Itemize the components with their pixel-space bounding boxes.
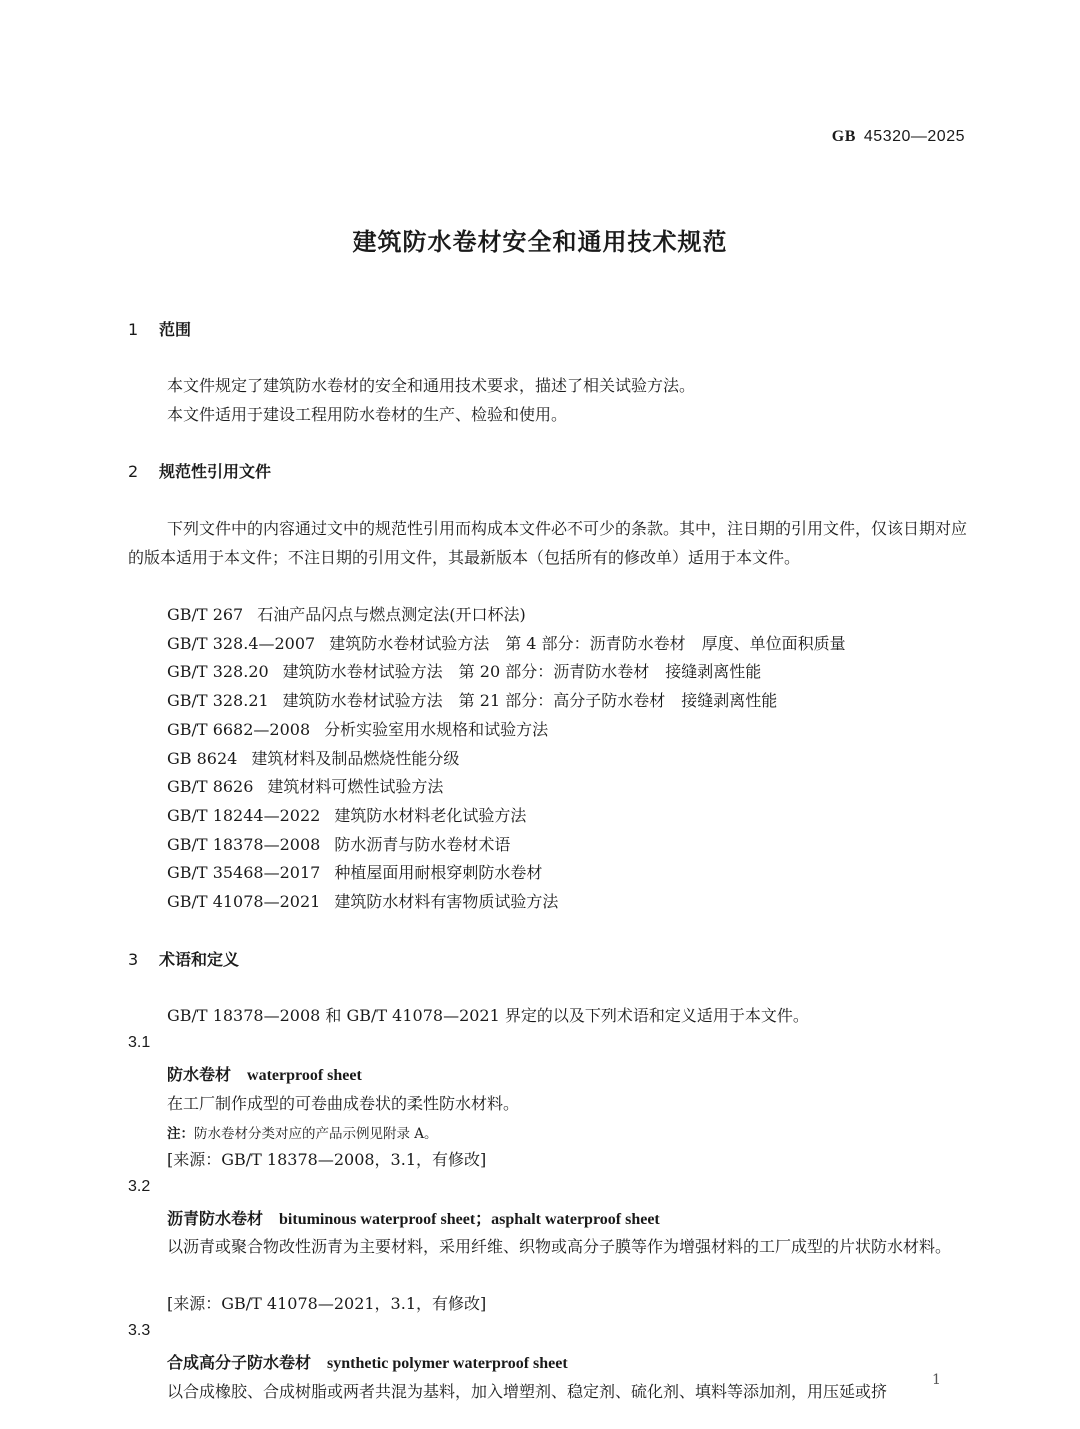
term-note: 注：防水卷材分类对应的产品示例见附录 A。 (167, 1122, 438, 1142)
reference-item: GB/T 6682—2008分析实验室用水规格和试验方法 (167, 717, 548, 740)
term-heading: 防水卷材waterproof sheet (167, 1062, 362, 1085)
term-definition: 以合成橡胶、合成树脂或两者共混为基料，加入增塑剂、稳定剂、硫化剂、填料等添加剂，… (167, 1379, 887, 1402)
reference-item: GB/T 267石油产品闪点与燃点测定法(开口杯法) (167, 602, 526, 625)
term-heading: 沥青防水卷材bituminous waterproof sheet；asphal… (167, 1206, 660, 1229)
reference-item: GB/T 18378—2008防水沥青与防水卷材术语 (167, 832, 510, 855)
term-heading: 合成高分子防水卷材synthetic polymer waterproof sh… (167, 1350, 568, 1373)
reference-item: GB 8624建筑材料及制品燃烧性能分级 (167, 746, 459, 769)
standard-prefix: GB (832, 128, 856, 145)
reference-item: GB/T 328.20建筑防水卷材试验方法 第 20 部分：沥青防水卷材 接缝剥… (167, 659, 761, 682)
reference-item: GB/T 41078—2021建筑防水材料有害物质试验方法 (167, 889, 558, 912)
reference-item: GB/T 328.4—2007建筑防水卷材试验方法 第 4 部分：沥青防水卷材 … (167, 631, 846, 654)
standard-number: GB45320—2025 (832, 128, 965, 146)
references-intro: 下列文件中的内容通过文中的规范性引用而构成本文件必不可少的条款。其中，注日期的引… (128, 514, 968, 572)
clause-number: 3.1 (128, 1034, 150, 1052)
reference-item: GB/T 35468—2017种植屋面用耐根穿刺防水卷材 (167, 860, 542, 883)
page-number: 1 (932, 1372, 941, 1388)
reference-item: GB/T 18244—2022建筑防水材料老化试验方法 (167, 803, 526, 826)
scope-paragraph: 本文件适用于建设工程用防水卷材的生产、检验和使用。 (167, 402, 567, 425)
reference-item: GB/T 328.21建筑防水卷材试验方法 第 21 部分：高分子防水卷材 接缝… (167, 688, 777, 711)
standard-code: 45320—2025 (864, 128, 965, 145)
clause-number: 3.3 (128, 1322, 150, 1340)
section-heading-normative-references: 2规范性引用文件 (128, 459, 271, 482)
term-source: [来源：GB/T 18378—2008，3.1，有修改] (167, 1147, 486, 1170)
terms-intro: GB/T 18378—2008 和 GB/T 41078—2021 界定的以及下… (167, 1003, 809, 1026)
document-title: 建筑防水卷材安全和通用技术规范 (0, 222, 1080, 257)
term-source: [来源：GB/T 41078—2021，3.1，有修改] (167, 1291, 486, 1314)
section-heading-terms: 3术语和定义 (128, 947, 239, 970)
scope-paragraph: 本文件规定了建筑防水卷材的安全和通用技术要求，描述了相关试验方法。 (167, 373, 695, 396)
term-definition: 在工厂制作成型的可卷曲成卷状的柔性防水材料。 (167, 1091, 519, 1114)
clause-number: 3.2 (128, 1178, 150, 1196)
section-heading-scope: 1范围 (128, 317, 191, 340)
reference-item: GB/T 8626建筑材料可燃性试验方法 (167, 774, 443, 797)
term-definition: 以沥青或聚合物改性沥青为主要材料，采用纤维、织物或高分子膜等作为增强材料的工厂成… (128, 1232, 968, 1261)
